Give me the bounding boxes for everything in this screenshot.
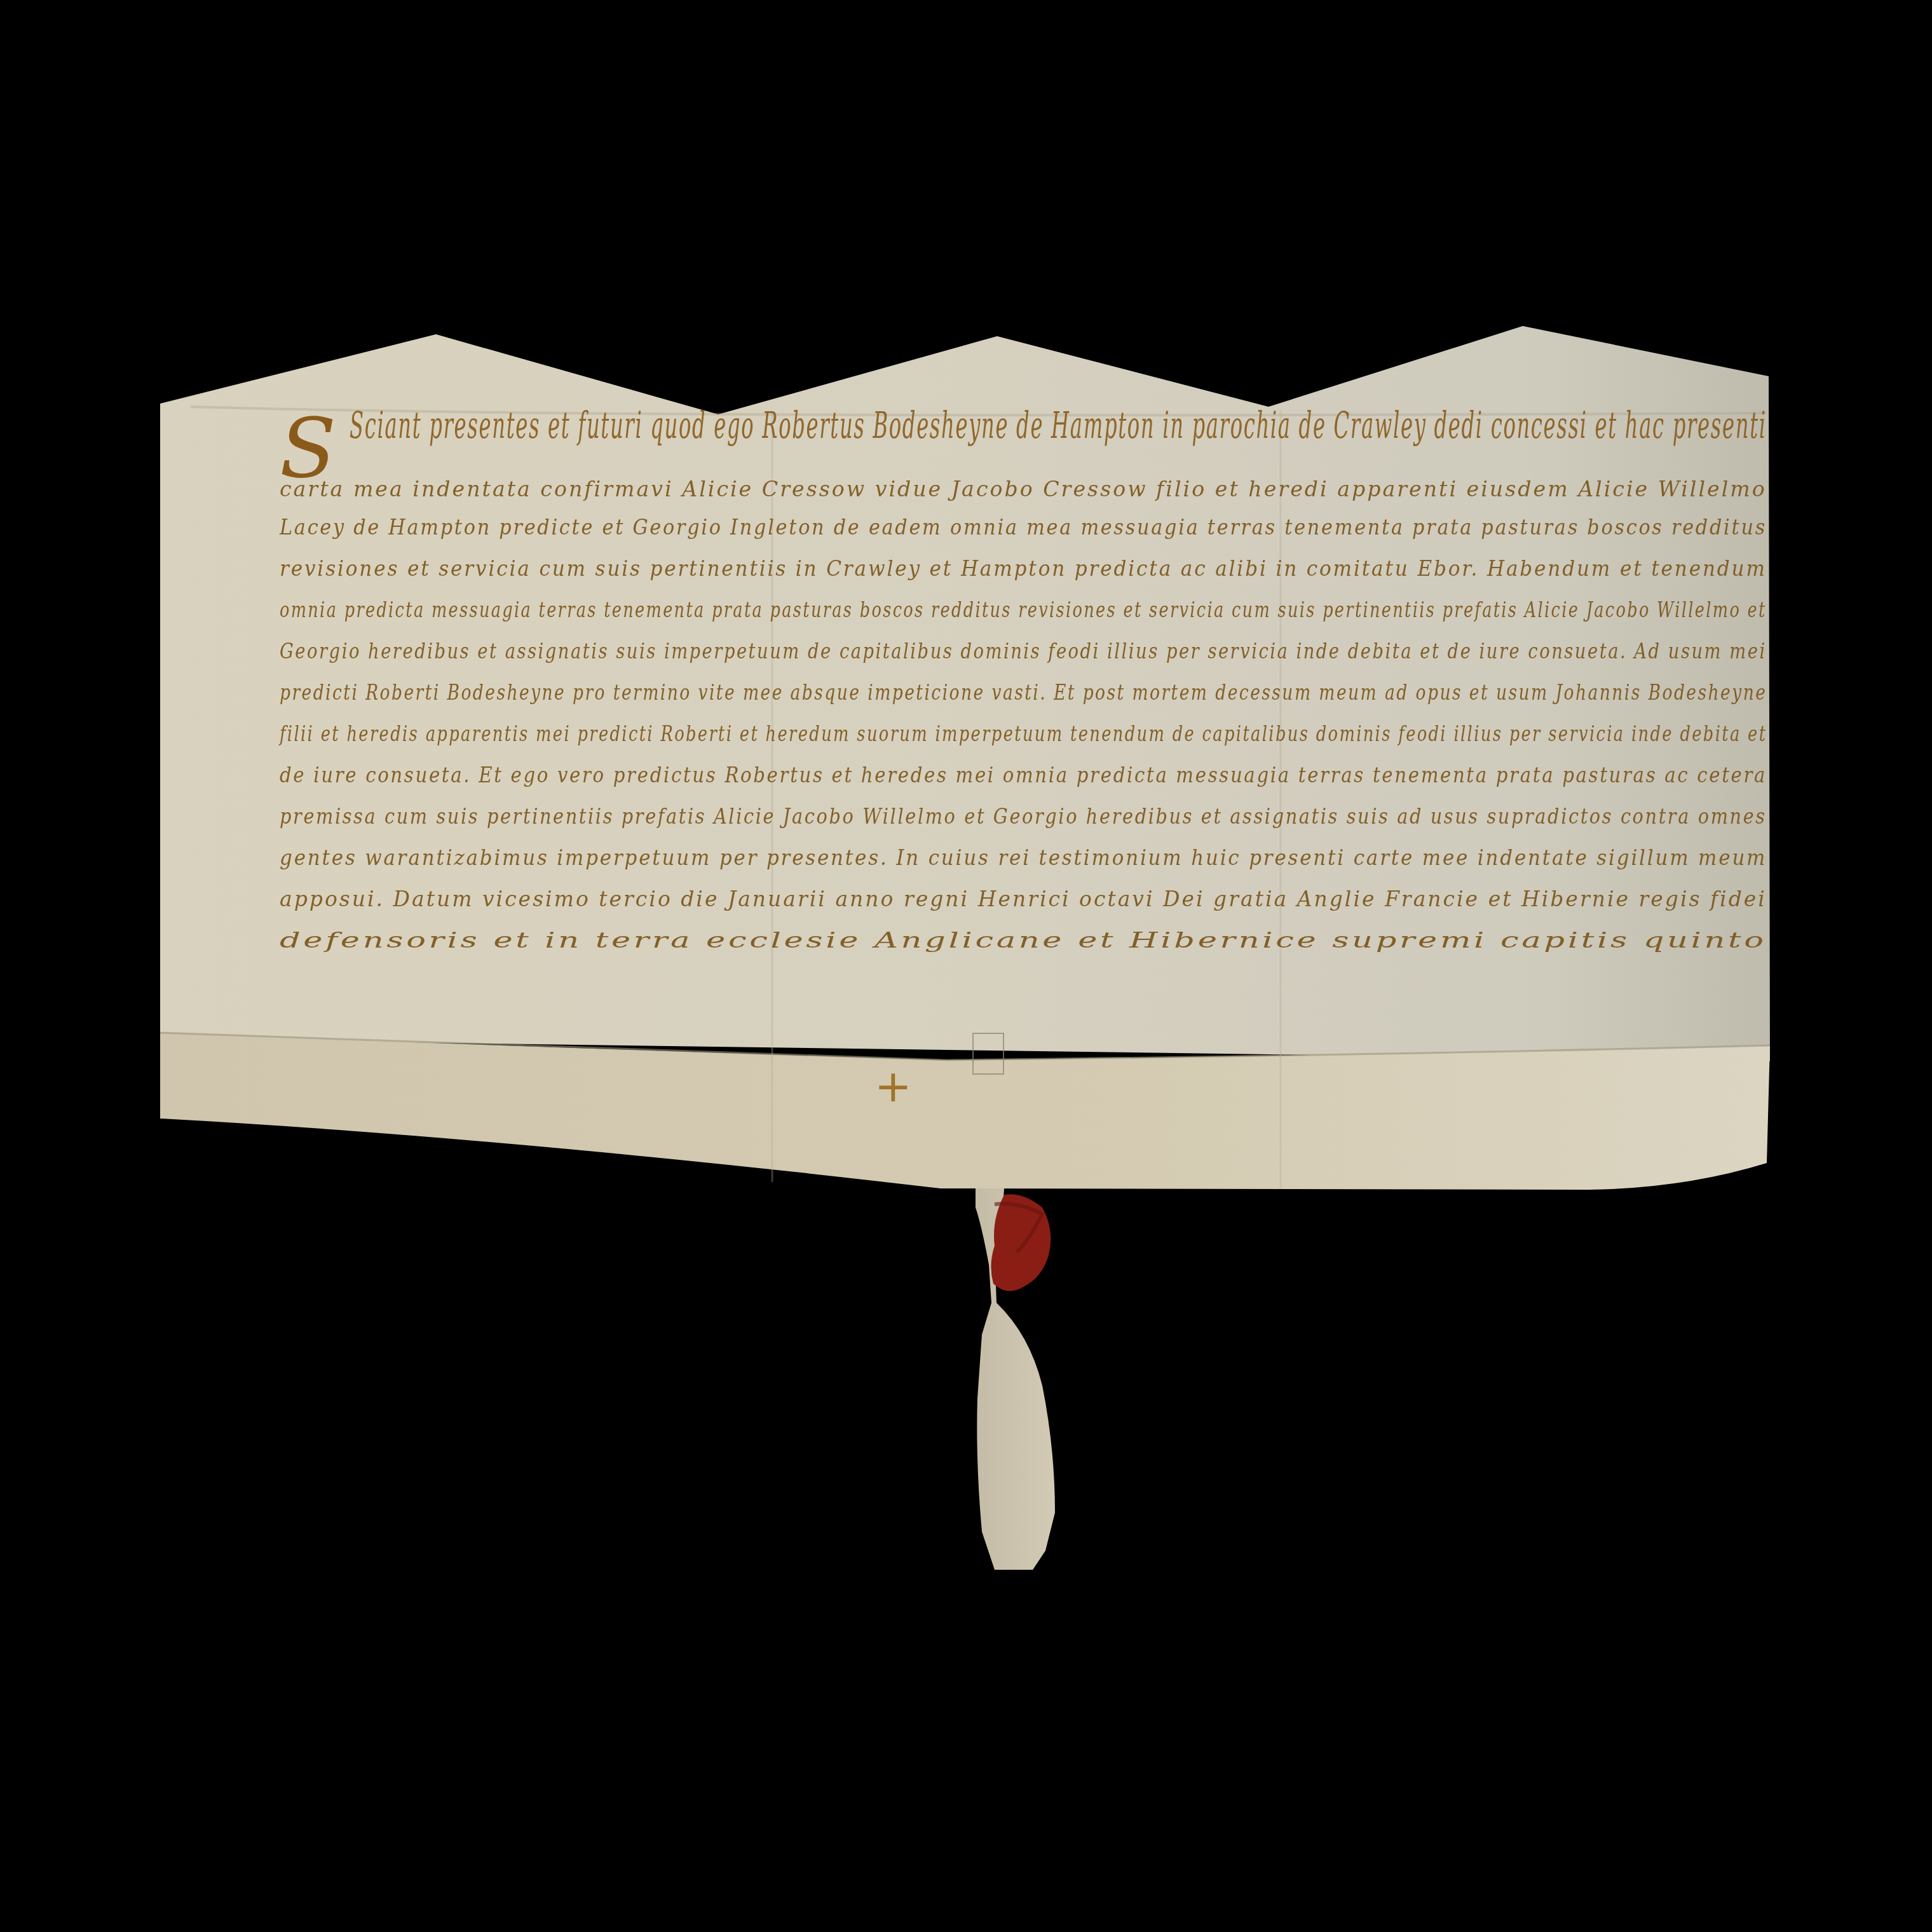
document-photo: S Sciant presentes et futuri quod ego Ro… bbox=[0, 0, 1932, 1932]
text-line: Georgio heredibus et assignatis suis imp… bbox=[280, 639, 1767, 663]
text-line: revisiones et servicia cum suis pertinen… bbox=[280, 556, 1767, 581]
text-line: Sciant presentes et futuri quod ego Robe… bbox=[350, 404, 1767, 447]
parchment-fold bbox=[160, 1033, 1770, 1190]
text-line: Lacey de Hampton predicte et Georgio Ing… bbox=[280, 515, 1767, 540]
text-line: carta mea indentata confirmavi Alicie Cr… bbox=[280, 477, 1767, 501]
text-line: filii et heredis apparentis mei predicti… bbox=[280, 721, 1767, 746]
wax-seal bbox=[991, 1194, 1051, 1291]
text-line: premissa cum suis pertinentiis prefatis … bbox=[280, 804, 1767, 829]
text-line: gentes warantizabimus imperpetuum per pr… bbox=[280, 845, 1767, 870]
text-line: apposui. Datum vicesimo tercio die Janua… bbox=[280, 887, 1767, 911]
text-line: omnia predicta messuagia terras tenement… bbox=[280, 597, 1767, 622]
parchment-sheet bbox=[0, 0, 1932, 1932]
cross-mark: + bbox=[874, 1060, 912, 1112]
text-line: de iure consueta. Et ego vero predictus … bbox=[280, 763, 1767, 787]
ruled-box-mark bbox=[972, 1033, 1004, 1075]
text-line: defensoris et in terra ecclesie Anglican… bbox=[280, 928, 1767, 953]
text-line: predicti Roberti Bodesheyne pro termino … bbox=[280, 680, 1767, 705]
